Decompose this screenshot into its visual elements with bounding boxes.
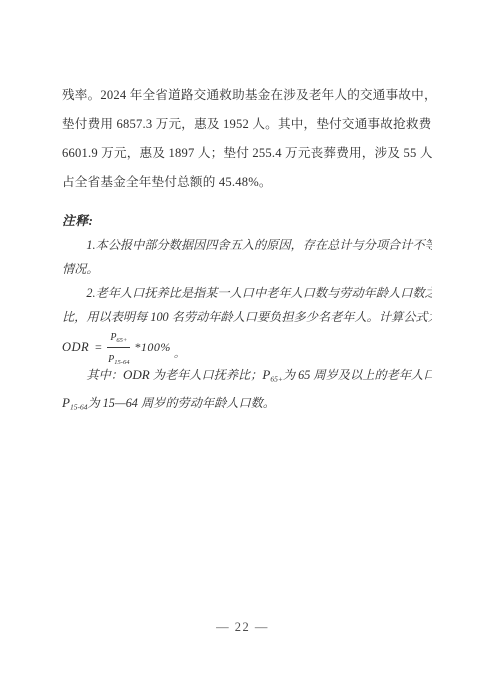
equals-sign: =: [94, 340, 102, 355]
explain-segment-1: 为老年人口抚养比；: [150, 368, 263, 382]
note-rounding-line-2: 情况。: [62, 257, 432, 281]
notes-explain-line-1: 其中：ODR 为老年人口抚养比；P65+为 65 周岁及以上的老年人口数；: [62, 363, 432, 391]
formula-fraction: P65+ P15-64: [107, 328, 130, 366]
formula-lhs: ODR: [62, 340, 89, 355]
note-odr-definition: 2.老年人口抚养比是指某一人口中老年人口数与劳动年龄人口数之 比，用以表明每 1…: [62, 281, 432, 329]
numerator-subscript: 65+: [116, 337, 127, 344]
body-line-2: 垫付费用 6857.3 万元，惠及 1952 人。其中，垫付交通事故抢救费用: [62, 110, 432, 139]
note-odr-line-1: 2.老年人口抚养比是指某一人口中老年人口数与劳动年龄人口数之: [62, 281, 432, 305]
notes-heading: 注释:: [62, 209, 432, 233]
note-rounding: 1.本公报中部分数据因四舍五入的原因，存在总计与分项合计不等的 情况。: [62, 233, 432, 281]
notes-section: 注释: 1.本公报中部分数据因四舍五入的原因，存在总计与分项合计不等的 情况。 …: [62, 209, 432, 420]
fraction-numerator: P65+: [107, 328, 130, 347]
body-line-4: 占全省基金全年垫付总额的 45.48%。: [62, 168, 432, 197]
notes-explain-line-2: P15-64为 15—64 周岁的劳动年龄人口数。: [62, 391, 432, 419]
formula-period: 。: [174, 345, 185, 361]
note-rounding-line-1: 1.本公报中部分数据因四舍五入的原因，存在总计与分项合计不等的: [62, 233, 432, 257]
body-line-1: 残率。2024 年全省道路交通救助基金在涉及老年人的交通事故中，: [62, 81, 432, 110]
p1564-symbol: P: [62, 395, 70, 410]
formula-multiplier: *100%: [134, 340, 171, 355]
explain-prefix: 其中：: [86, 368, 123, 382]
document-page: 残率。2024 年全省道路交通救助基金在涉及老年人的交通事故中， 垫付费用 68…: [0, 0, 485, 686]
explain-segment-2: 为 65 周岁及以上的老年人口数；: [283, 368, 432, 382]
odr-formula: ODR = P65+ P15-64 *100% 。: [62, 332, 432, 362]
body-paragraph: 残率。2024 年全省道路交通救助基金在涉及老年人的交通事故中， 垫付费用 68…: [62, 81, 432, 197]
explain-segment-3: 为 15—64 周岁的劳动年龄人口数。: [87, 396, 275, 410]
page-number-footer: — 22 —: [0, 620, 485, 635]
page-number: — 22 —: [216, 620, 269, 634]
note-odr-line-2: 比，用以表明每 100 名劳动年龄人口要负担多少名老年人。计算公式为:: [62, 305, 432, 329]
note-odr-explanation: 其中：ODR 为老年人口抚养比；P65+为 65 周岁及以上的老年人口数； P1…: [62, 363, 432, 420]
body-line-3: 6601.9 万元，惠及 1897 人；垫付 255.4 万元丧葬费用，涉及 5…: [62, 139, 432, 168]
p1564-subscript: 15-64: [70, 403, 88, 412]
p65-subscript: 65+: [270, 374, 283, 383]
odr-symbol: ODR: [123, 367, 150, 382]
